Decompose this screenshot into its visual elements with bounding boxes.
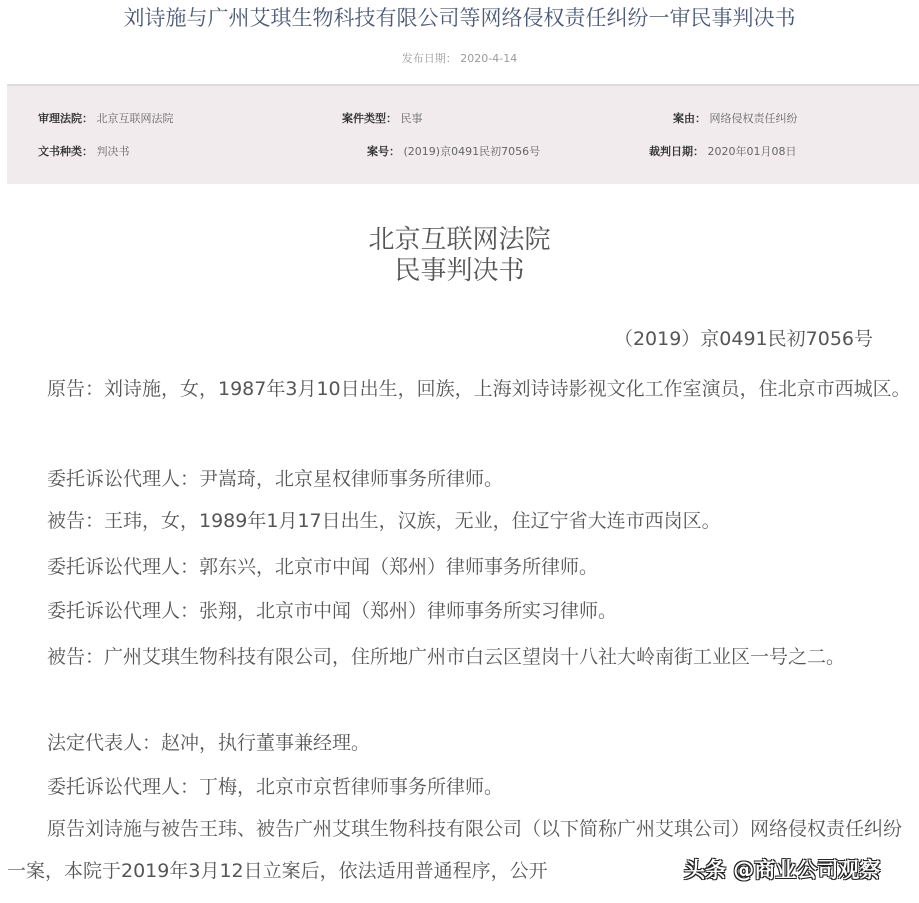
document-title: 刘诗施与广州艾琪生物科技有限公司等网络侵权责任纠纷一审民事判决书 — [0, 4, 919, 32]
paragraph-plaintiff: 原告：刘诗施，女，1987年3月10日出生，回族，上海刘诗诗影视文化工作室演员，… — [7, 368, 919, 410]
info-case-no-label: 案号： — [367, 145, 400, 158]
info-judgment-date-label: 裁判日期： — [649, 145, 704, 158]
paragraph-defendant-2-agent: 委托诉讼代理人：丁梅，北京市京哲律师事务所律师。 — [7, 766, 919, 808]
publish-date-label: 发布日期： — [402, 52, 457, 65]
info-case-type-value: 民事 — [401, 112, 423, 125]
info-case-no-value: (2019)京0491民初7056号 — [404, 145, 541, 158]
info-court: 审理法院： 北京互联网法院 — [38, 111, 174, 127]
info-court-value: 北京互联网法院 — [97, 112, 174, 125]
info-cause: 案由： 网络侵权责任纠纷 — [673, 111, 798, 127]
paragraph-legal-representative: 法定代表人：赵冲，执行董事兼经理。 — [7, 722, 919, 764]
paragraph-defendant-1-agent-b: 委托诉讼代理人：张翔，北京市中闻（郑州）律师事务所实习律师。 — [7, 590, 919, 632]
case-number: （2019）京0491民初7056号 — [614, 326, 873, 352]
info-case-type: 案件类型： 民事 — [342, 111, 423, 127]
info-doc-type-label: 文书种类： — [38, 145, 93, 158]
publish-date-value: 2020-4-14 — [460, 52, 517, 65]
info-case-no: 案号： (2019)京0491民初7056号 — [367, 144, 540, 160]
document-kind: 民事判决书 — [0, 256, 919, 287]
paragraph-defendant-2: 被告：广州艾琪生物科技有限公司，住所地广州市白云区望岗十八社大岭南街工业区一号之… — [7, 636, 919, 678]
info-cause-value: 网络侵权责任纠纷 — [710, 112, 798, 125]
paragraph-plaintiff-agent: 委托诉讼代理人：尹嵩琦，北京星权律师事务所律师。 — [7, 458, 919, 500]
case-info-panel: 审理法院： 北京互联网法院 案件类型： 民事 案由： 网络侵权责任纠纷 文书种类… — [7, 84, 919, 184]
watermark: 头条 @商业公司观察 — [684, 855, 880, 885]
info-judgment-date: 裁判日期： 2020年01月08日 — [649, 144, 797, 160]
info-doc-type: 文书种类： 判决书 — [38, 144, 130, 160]
paragraph-defendant-1-agent-a: 委托诉讼代理人：郭东兴，北京市中闻（郑州）律师事务所律师。 — [7, 546, 919, 588]
info-case-type-label: 案件类型： — [342, 112, 397, 125]
info-doc-type-value: 判决书 — [97, 145, 130, 158]
court-heading: 北京互联网法院 民事判决书 — [0, 225, 919, 287]
paragraph-defendant-1: 被告：王玮，女，1989年1月17日出生，汉族，无业，住辽宁省大连市西岗区。 — [7, 500, 919, 542]
info-cause-label: 案由： — [673, 112, 706, 125]
publish-date: 发布日期： 2020-4-14 — [0, 51, 919, 67]
court-name: 北京互联网法院 — [0, 225, 919, 256]
info-court-label: 审理法院： — [38, 112, 93, 125]
info-judgment-date-value: 2020年01月08日 — [708, 145, 797, 158]
